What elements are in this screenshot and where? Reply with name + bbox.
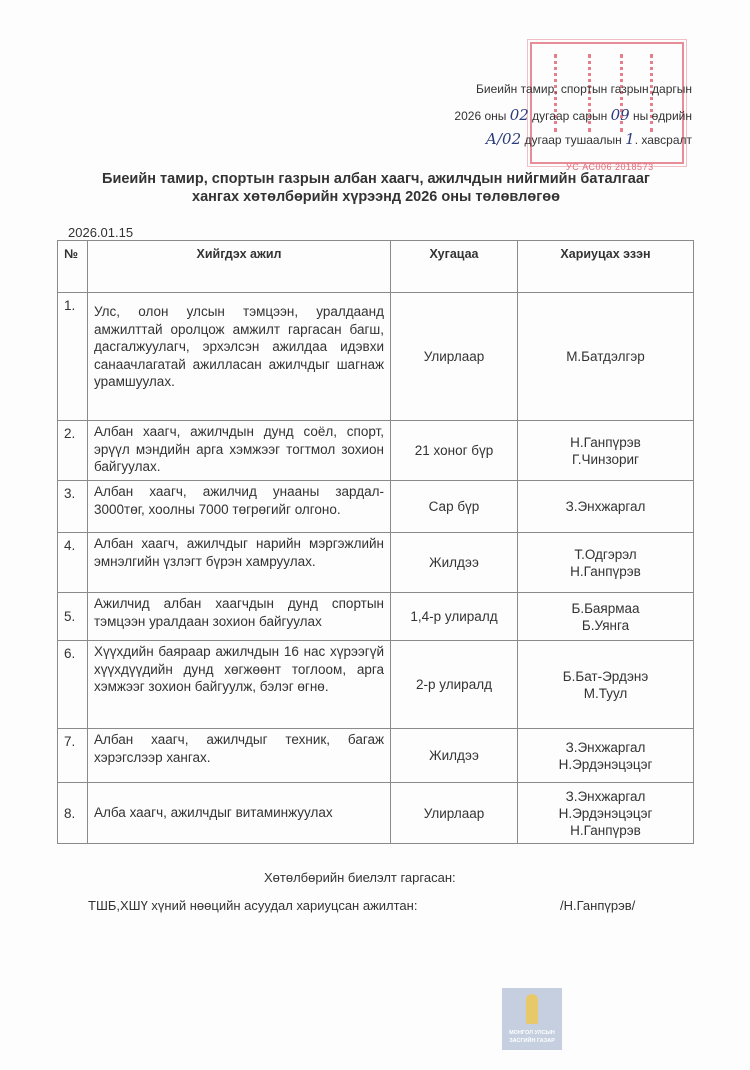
responsible-person: Н.Ганпүрэв [518, 563, 693, 580]
responsible-person: З.Энхжаргал [518, 788, 693, 805]
approval-text: ны өдрийн [633, 109, 692, 123]
row-task: Ажилчид албан хаагчдын дунд спортын тэмц… [88, 593, 391, 641]
approval-line-1: Биеийн тамир, спортын газрын даргын [476, 82, 692, 96]
row-responsible: М.Батдэлгэр [518, 293, 694, 421]
row-task: Албан хаагч, ажилчдыг нарийн мэргэжлийн … [88, 533, 391, 593]
table-row: 8.Алба хаагч, ажилчдыг витаминжуулахУлир… [58, 783, 694, 844]
logo-text-line-2: ЗАСГИЙН ГАЗАР [502, 1038, 562, 1044]
responsible-person: Н.Эрдэнэцэцэг [518, 756, 693, 773]
row-period: 21 хоног бүр [391, 421, 518, 481]
responsible-person: Г.Чинзориг [518, 451, 693, 468]
plan-table: № Хийгдэх ажил Хугацаа Хариуцах эзэн 1.У… [57, 240, 694, 844]
responsible-person: М.Туул [518, 685, 693, 702]
signer-name: /Н.Ганпүрэв/ [560, 898, 635, 913]
table-row: 7.Албан хаагч, ажилчдыг техник, багаж хэ… [58, 729, 694, 783]
responsible-person: Н.Ганпүрэв [518, 822, 693, 839]
row-task: Албан хаагч, ажилчдын дунд соёл, спорт, … [88, 421, 391, 481]
title-line-1: Биеийн тамир, спортын газрын албан хаагч… [60, 170, 692, 188]
responsible-person: Б.Баярмаа [518, 600, 693, 617]
government-logo: МОНГОЛ УЛСЫН ЗАСГИЙН ГАЗАР [502, 988, 562, 1050]
approval-line-3: А/02 дугаар тушаалын 1. хавсралт [486, 130, 692, 148]
header-period: Хугацаа [391, 241, 518, 293]
table-row: 2.Албан хаагч, ажилчдын дунд соёл, спорт… [58, 421, 694, 481]
row-task: Алба хаагч, ажилчдыг витаминжуулах [88, 783, 391, 844]
row-period: 1,4-р улиралд [391, 593, 518, 641]
handwritten-day: 09 [611, 106, 630, 124]
responsible-person: М.Батдэлгэр [518, 348, 693, 365]
row-task: Албан хаагч, ажилчдыг техник, багаж хэрэ… [88, 729, 391, 783]
title-line-2: хангах хөтөлбөрийн хүрээнд 2026 оны төлө… [60, 188, 692, 206]
document-title: Биеийн тамир, спортын газрын албан хаагч… [60, 170, 692, 206]
responsible-person: Б.Уянга [518, 617, 693, 634]
approval-line-2: 2026 оны 02 дугаар сарын 09 ны өдрийн [454, 106, 692, 124]
responsible-person: Н.Ганпүрэв [518, 434, 693, 451]
approval-text: дугаар сарын [532, 109, 607, 123]
row-number: 4. [58, 533, 88, 593]
responsible-person: З.Энхжаргал [518, 739, 693, 756]
responsible-person: Б.Бат-Эрдэнэ [518, 668, 693, 685]
responsible-person: Н.Эрдэнэцэцэг [518, 805, 693, 822]
approval-text: 2026 оны [454, 109, 506, 123]
table-header-row: № Хийгдэх ажил Хугацаа Хариуцах эзэн [58, 241, 694, 293]
table-row: 5.Ажилчид албан хаагчдын дунд спортын тэ… [58, 593, 694, 641]
row-number: 3. [58, 481, 88, 533]
soyombo-emblem-icon [526, 994, 538, 1024]
handwritten-month: 02 [510, 106, 529, 124]
table-row: 4.Албан хаагч, ажилчдыг нарийн мэргэжлий… [58, 533, 694, 593]
row-period: Улирлаар [391, 293, 518, 421]
approval-text: Биеийн тамир, спортын газрын даргын [476, 82, 692, 96]
table-row: 6.Хүүхдийн баяраар ажилчдын 16 нас хүрээ… [58, 641, 694, 729]
table-row: 3.Албан хаагч, ажилчид унааны зардал- 30… [58, 481, 694, 533]
row-number: 7. [58, 729, 88, 783]
row-number: 2. [58, 421, 88, 481]
header-task: Хийгдэх ажил [88, 241, 391, 293]
approval-text: . хавсралт [635, 133, 692, 147]
row-period: Сар бүр [391, 481, 518, 533]
handwritten-attachment-number: 1 [625, 130, 635, 148]
header-number: № [58, 241, 88, 293]
handwritten-order-number: А/02 [486, 130, 522, 148]
row-period: Жилдээ [391, 533, 518, 593]
row-period: Улирлаар [391, 783, 518, 844]
logo-text-line-1: МОНГОЛ УЛСЫН [502, 1030, 562, 1036]
signer-position: ТШБ,ХШҮ хүний нөөцийн асуудал хариуцсан … [88, 898, 417, 913]
row-task: Хүүхдийн баяраар ажилчдын 16 нас хүрээгү… [88, 641, 391, 729]
row-responsible: Б.БаярмааБ.Уянга [518, 593, 694, 641]
prepared-label: Хөтөлбөрийн биелэлт гаргасан: [264, 870, 456, 885]
row-number: 8. [58, 783, 88, 844]
row-responsible: З.ЭнхжаргалН.Эрдэнэцэцэг [518, 729, 694, 783]
row-number: 1. [58, 293, 88, 421]
document-date: 2026.01.15 [68, 225, 133, 240]
row-number: 5. [58, 593, 88, 641]
row-task: Улс, олон улсын тэмцээн, уралдаанд амжил… [88, 293, 391, 421]
row-number: 6. [58, 641, 88, 729]
header-responsible: Хариуцах эзэн [518, 241, 694, 293]
responsible-person: З.Энхжаргал [518, 498, 693, 515]
row-responsible: З.ЭнхжаргалН.ЭрдэнэцэцэгН.Ганпүрэв [518, 783, 694, 844]
row-responsible: Т.ОдгэрэлН.Ганпүрэв [518, 533, 694, 593]
responsible-person: Т.Одгэрэл [518, 546, 693, 563]
row-responsible: З.Энхжаргал [518, 481, 694, 533]
approval-text: дугаар тушаалын [524, 133, 621, 147]
row-responsible: Б.Бат-ЭрдэнэМ.Туул [518, 641, 694, 729]
table-row: 1.Улс, олон улсын тэмцээн, уралдаанд амж… [58, 293, 694, 421]
row-period: Жилдээ [391, 729, 518, 783]
row-period: 2-р улиралд [391, 641, 518, 729]
row-task: Албан хаагч, ажилчид унааны зардал- 3000… [88, 481, 391, 533]
row-responsible: Н.ГанпүрэвГ.Чинзориг [518, 421, 694, 481]
